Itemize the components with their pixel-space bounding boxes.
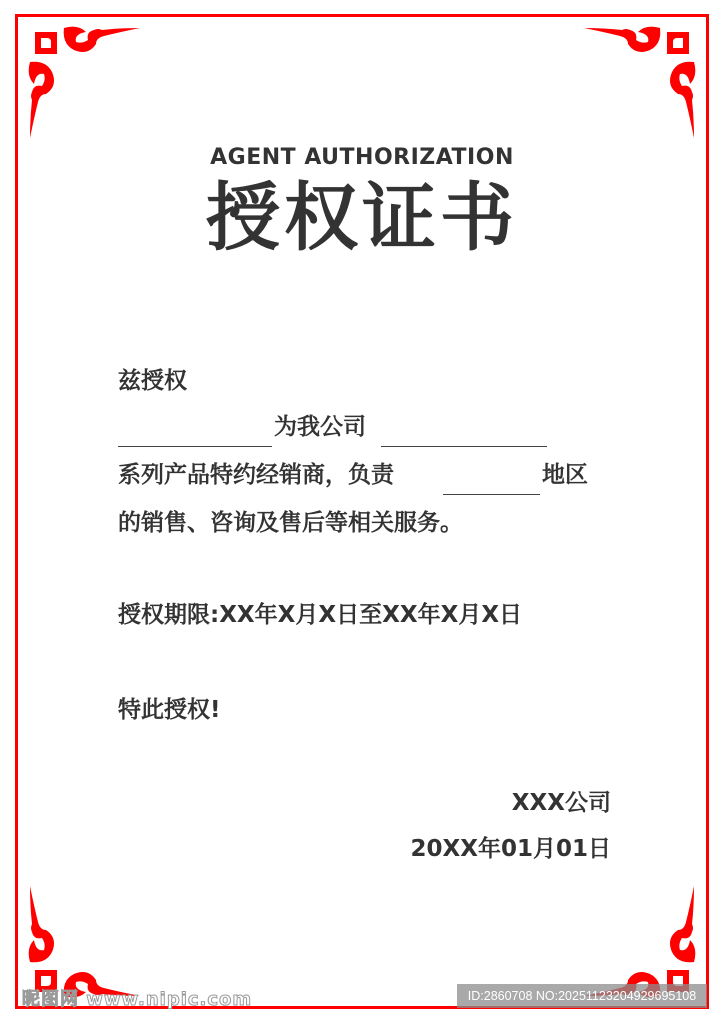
dealer-clause-text: 系列产品特约经销商，负责	[118, 456, 394, 489]
certificate-title: 授权证书	[0, 174, 724, 263]
closing-text: 特此授权!	[118, 691, 221, 724]
signature-date: 20XX年01月01日	[411, 830, 612, 863]
company-clause-text: 为我公司	[274, 408, 366, 441]
intro-text: 兹授权	[118, 362, 187, 395]
image-id-watermark: ID:2860708 NO:20251123204929695108	[457, 984, 707, 1008]
corner-ornament-top-right-icon	[570, 22, 700, 152]
authorization-period-text: 授权期限:XX年X月X日至XX年X月X日	[118, 596, 522, 629]
site-watermark: 昵图网 www.nipic.com	[22, 985, 252, 1011]
corner-ornament-top-left-icon	[24, 22, 154, 152]
region-blank	[443, 494, 540, 495]
region-suffix-text: 地区	[542, 456, 588, 489]
grantee-name-blank	[118, 446, 272, 447]
corner-ornament-bottom-left-icon	[24, 872, 154, 1002]
certificate-subtitle: AGENT AUTHORIZATION	[0, 145, 724, 170]
product-series-blank	[381, 446, 547, 447]
corner-ornament-bottom-right-icon	[570, 872, 700, 1002]
services-text: 的销售、咨询及售后等相关服务。	[118, 504, 463, 537]
signature-company: XXX公司	[512, 784, 611, 817]
